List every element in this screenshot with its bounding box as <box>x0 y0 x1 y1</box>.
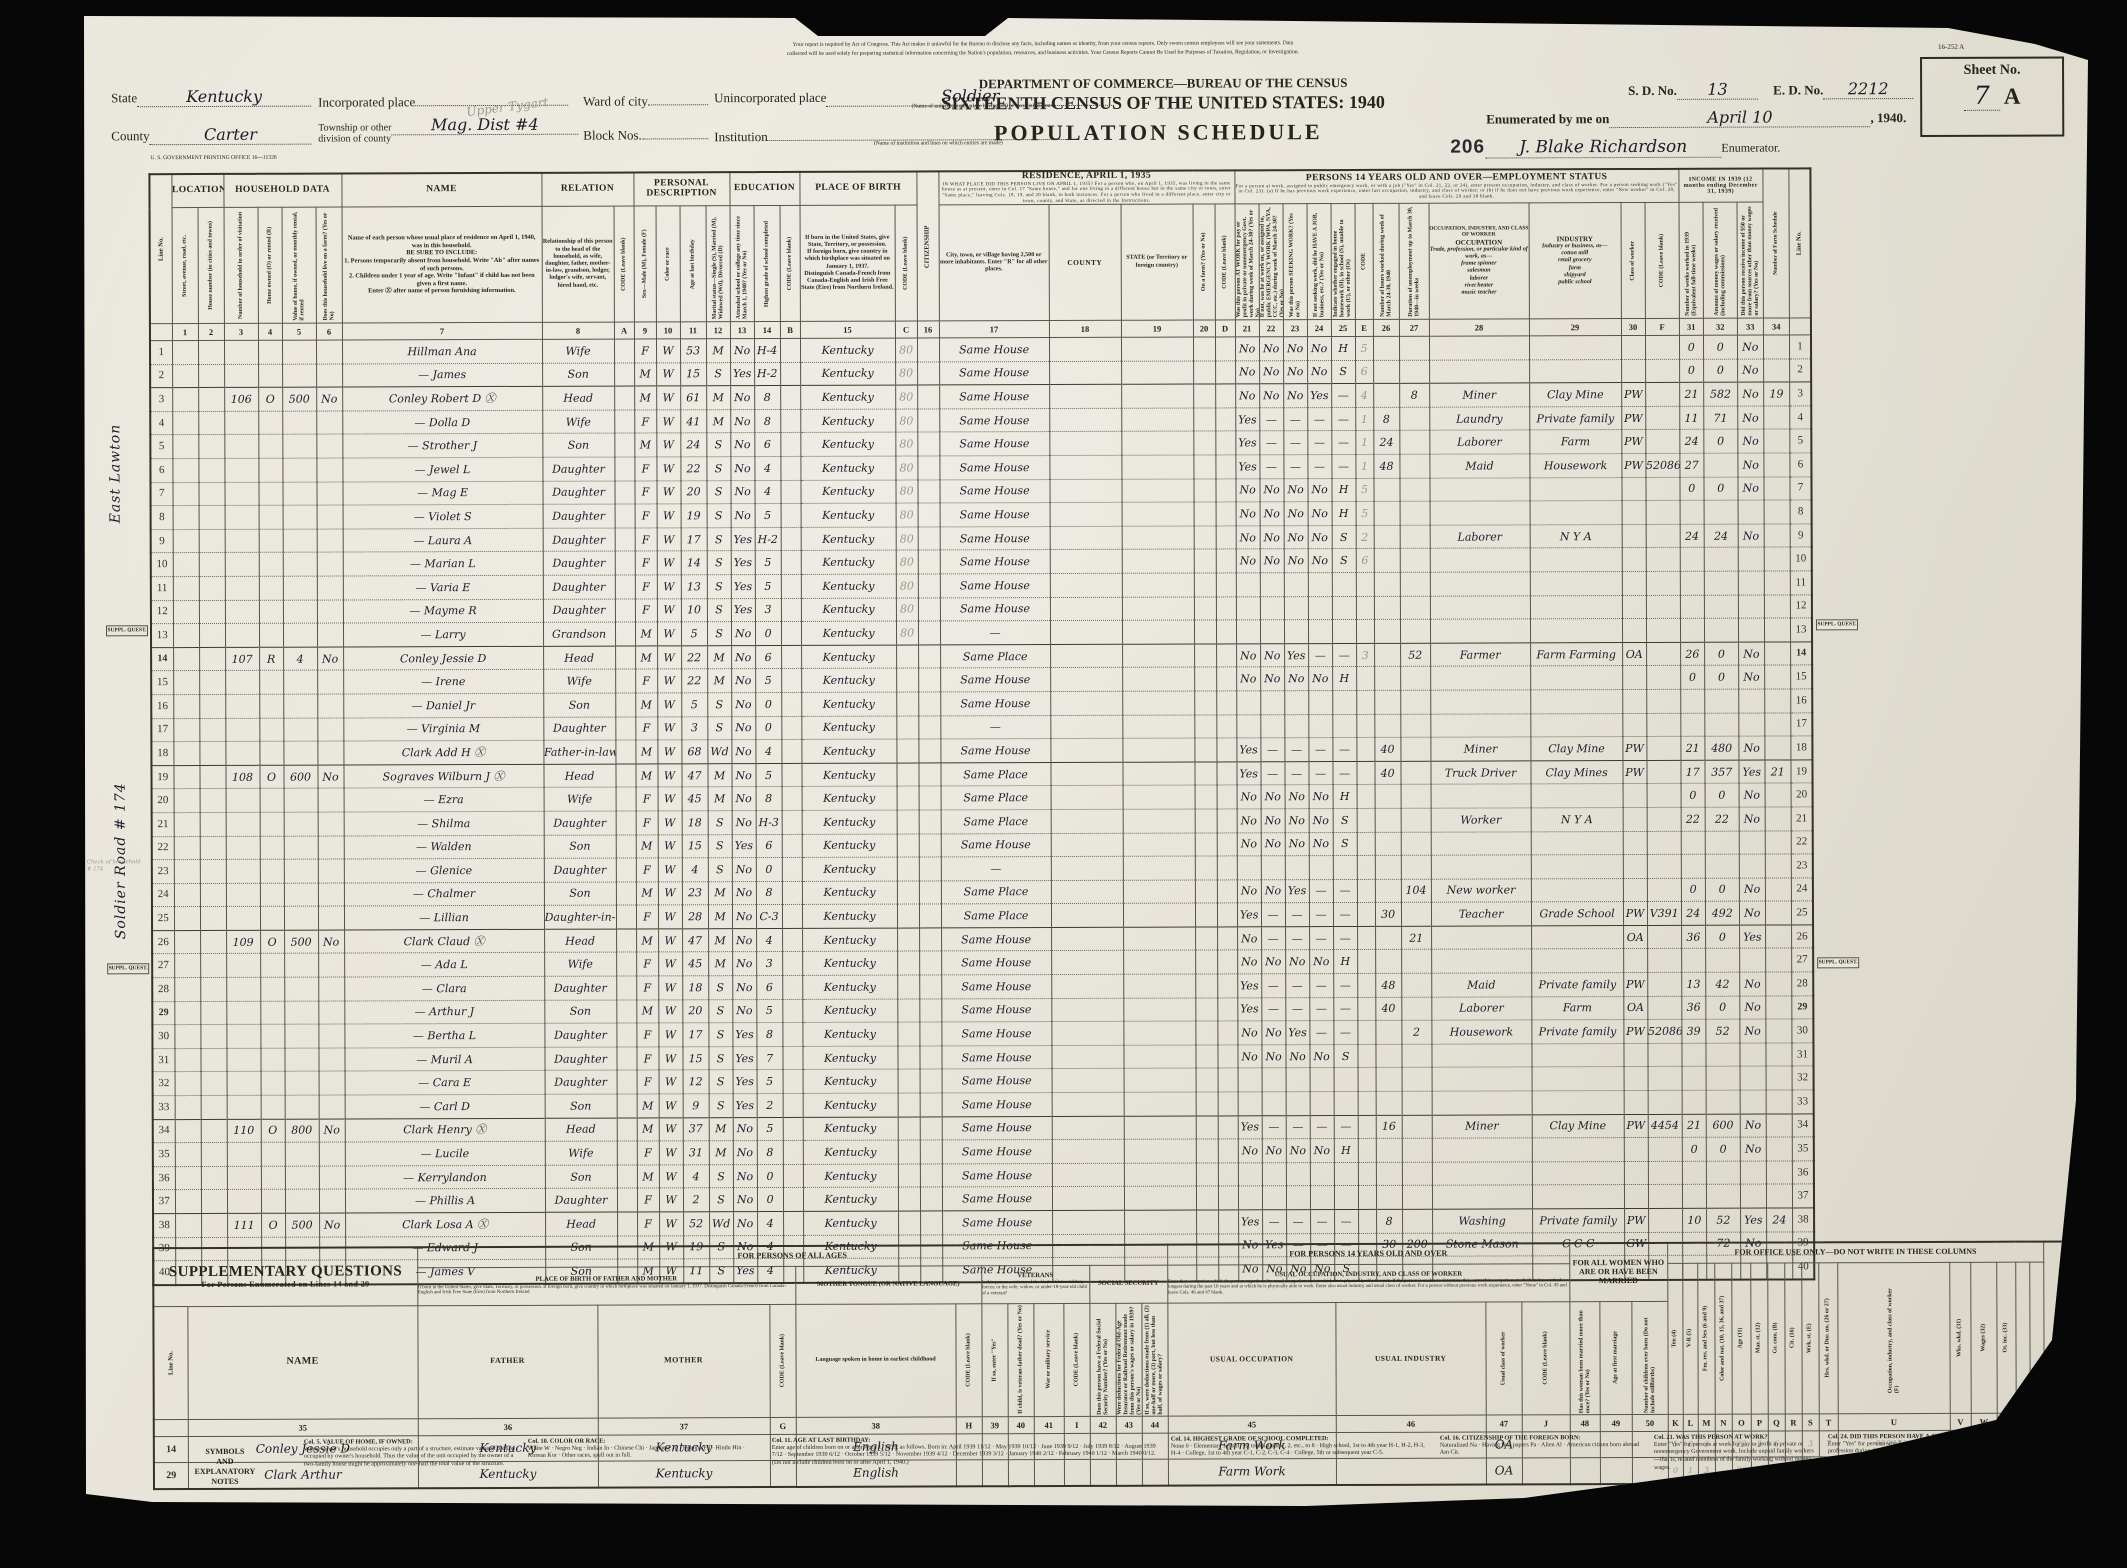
cell-cD <box>1217 998 1237 1022</box>
cell-cE <box>1357 785 1375 809</box>
cell-c1 <box>174 978 200 1002</box>
cell-c29: N Y A <box>1531 807 1623 831</box>
cell-c34 <box>1765 948 1791 972</box>
cell-c20 <box>1195 785 1217 809</box>
cell-c16 <box>919 857 941 881</box>
enumerated-label: Enumerated by me on <box>1486 111 1609 127</box>
ed-label: E. D. No. <box>1773 82 1823 98</box>
cell-c11: 31 <box>683 1141 709 1165</box>
cell-c14: 0 <box>756 858 782 882</box>
cell-c5 <box>283 694 317 718</box>
cell-cF <box>1648 1185 1682 1209</box>
cell-c12: M <box>707 669 731 693</box>
cell-cF <box>1645 359 1679 383</box>
cell-c10: W <box>657 480 681 504</box>
state-label: State <box>111 90 137 106</box>
cell-c30 <box>1623 855 1647 879</box>
cell-c24: — <box>1309 1021 1333 1045</box>
cell-cD <box>1216 620 1236 644</box>
cell-c33 <box>1738 547 1764 571</box>
cell-c6 <box>316 364 342 388</box>
col-c11: Age at last birthday <box>680 206 706 322</box>
cell-c33: No <box>1737 335 1763 359</box>
cell-cA <box>614 433 634 457</box>
cell-c28 <box>1432 1091 1532 1115</box>
cell-c34 <box>1765 925 1791 949</box>
cell-c23: Yes <box>1285 1021 1309 1045</box>
cell-c20 <box>1196 1139 1218 1163</box>
block-value <box>642 123 709 139</box>
cell-lnr: 30 <box>1792 1019 1814 1043</box>
cell-cF <box>1647 972 1681 996</box>
cell-c21: Yes <box>1235 455 1259 479</box>
cell-c6 <box>318 1024 344 1048</box>
cell-c21: No <box>1235 337 1259 361</box>
cell-c33: No <box>1740 1019 1766 1043</box>
cell-c14: 0 <box>755 622 781 646</box>
cell-c19 <box>1123 951 1195 975</box>
suppl-cell-line-right: 14 <box>2044 1429 2070 1455</box>
cell-c22: No <box>1260 478 1284 502</box>
cell-c15: Kentucky <box>802 834 897 858</box>
cell-cE <box>1358 1186 1376 1210</box>
cell-c9: F <box>636 858 658 882</box>
unincorporated-note: (Name of unincorporated place having 100… <box>848 103 1118 110</box>
cell-c7: — Marian L <box>343 552 543 576</box>
cell-c32 <box>1704 618 1738 642</box>
cell-cD <box>1216 596 1236 620</box>
cell-c5 <box>285 1142 319 1166</box>
cell-c29: Clay Mine <box>1532 1114 1624 1138</box>
cell-c30 <box>1624 1161 1648 1185</box>
cell-c11: 47 <box>682 763 708 787</box>
cell-c33 <box>1740 1090 1766 1114</box>
cell-c25: — <box>1333 974 1357 998</box>
cell-cC <box>896 668 918 692</box>
cell-c24: No <box>1309 832 1333 856</box>
cell-c31 <box>1682 1067 1706 1091</box>
cell-c27 <box>1400 737 1430 761</box>
cell-c8: Daughter <box>544 811 616 835</box>
cell-c18 <box>1050 738 1122 762</box>
cell-c27: 52 <box>1400 643 1430 667</box>
cell-c27 <box>1401 785 1431 809</box>
cell-c10: W <box>659 1165 683 1189</box>
cell-c30 <box>1624 1185 1648 1209</box>
cell-c12: M <box>706 339 730 363</box>
cell-c12: M <box>708 881 732 905</box>
cell-c34 <box>1764 547 1790 571</box>
cell-c11: 18 <box>682 811 708 835</box>
cell-c15: Kentucky <box>801 668 896 692</box>
cell-c23: — <box>1283 431 1307 455</box>
cell-c25: — <box>1333 761 1357 785</box>
cell-c14: 8 <box>756 1023 782 1047</box>
col-c21: Was this person AT WORK for pay or profi… <box>1235 204 1259 320</box>
cell-c3 <box>224 364 258 388</box>
cell-c12: M <box>709 1117 733 1141</box>
cell-c8: Daughter <box>545 1047 617 1071</box>
cell-c2 <box>200 907 226 931</box>
cell-c18 <box>1052 1210 1124 1234</box>
col-farm-schedule: Number of Farm Schedule <box>1763 168 1790 318</box>
cell-c11: 4 <box>683 1165 709 1189</box>
cell-c15: Kentucky <box>800 432 895 456</box>
cell-c19 <box>1123 927 1195 951</box>
cell-c6: No <box>319 1119 345 1143</box>
col-number-9: 9 <box>634 322 656 339</box>
cell-cF <box>1646 501 1680 525</box>
group-employment: PERSONS 14 YEARS OLD AND OVER—EMPLOYMENT… <box>1235 169 1679 204</box>
cell-cD <box>1217 974 1237 998</box>
cell-c1 <box>173 506 199 530</box>
cell-ln: 10 <box>151 553 173 577</box>
cell-c33: No <box>1739 736 1765 760</box>
cell-c5 <box>282 340 316 364</box>
cell-cB <box>783 1070 803 1094</box>
cell-cF <box>1647 878 1681 902</box>
cell-c34 <box>1763 406 1789 430</box>
cell-c13: Yes <box>732 834 756 858</box>
cell-c21: No <box>1238 1139 1262 1163</box>
cell-lnr: 37 <box>1792 1184 1814 1208</box>
col-number-21: 21 <box>1235 320 1259 337</box>
block-label: Block Nos. <box>583 127 642 143</box>
col-number-27: 27 <box>1399 319 1429 336</box>
cell-c32 <box>1704 571 1738 595</box>
cell-c6 <box>318 906 344 930</box>
cell-c15: Kentucky <box>802 999 897 1023</box>
cell-ln: 19 <box>151 765 173 789</box>
cell-c23: No <box>1284 549 1308 573</box>
col-number-23: 23 <box>1283 320 1307 337</box>
cell-c4 <box>261 1166 285 1190</box>
cell-c22 <box>1260 691 1284 715</box>
cell-c6 <box>318 859 344 883</box>
cell-cF <box>1648 1161 1682 1185</box>
cell-c15: Kentucky <box>803 1117 898 1141</box>
cell-c19 <box>1124 1045 1196 1069</box>
cell-cC <box>897 951 919 975</box>
cell-c20 <box>1194 620 1216 644</box>
cell-c23 <box>1286 1162 1310 1186</box>
cell-c8: Wife <box>544 953 616 977</box>
cell-c17: Same House <box>939 456 1049 480</box>
cell-c4: O <box>259 765 283 789</box>
cell-c14: 0 <box>755 692 781 716</box>
cell-c15: Kentucky <box>801 574 896 598</box>
cell-c28 <box>1430 477 1530 501</box>
cell-c17: Same House <box>940 550 1050 574</box>
cell-c11: 53 <box>680 339 706 363</box>
cell-c19 <box>1122 738 1194 762</box>
cell-c14: 4 <box>755 480 781 504</box>
cell-c3 <box>225 576 259 600</box>
cell-c8: Son <box>544 882 616 906</box>
col-c22: If not, was he at work on, or assigned t… <box>1259 204 1283 320</box>
cell-c7: — Bertha L <box>344 1024 544 1048</box>
suppl-number-Z: Z <box>2030 1413 2044 1430</box>
cell-c22: — <box>1261 761 1285 785</box>
cell-c27 <box>1399 360 1429 384</box>
cell-c27 <box>1399 431 1429 455</box>
cell-c34 <box>1764 453 1790 477</box>
col-number-32: 32 <box>1703 318 1737 335</box>
cell-c30 <box>1621 335 1645 359</box>
cell-c27 <box>1401 973 1431 997</box>
cell-c18 <box>1050 573 1122 597</box>
cell-c12: M <box>708 763 732 787</box>
cell-c9: M <box>634 433 656 457</box>
cell-cB <box>783 1164 803 1188</box>
cell-c9: F <box>635 551 657 575</box>
cell-c7: Clark Henry Ⓧ <box>345 1118 545 1142</box>
cell-c17: Same House <box>940 574 1050 598</box>
cell-c32 <box>1706 1067 1740 1091</box>
cell-cC <box>896 692 918 716</box>
cell-c4 <box>259 576 283 600</box>
cell-c14: 0 <box>757 1164 783 1188</box>
cell-ln: 15 <box>151 671 173 695</box>
cell-c21: No <box>1237 1021 1261 1045</box>
cell-c33 <box>1739 949 1765 973</box>
suppl-col-usual-class: Usual class of worker <box>1485 1301 1521 1414</box>
cell-cC <box>898 1046 920 1070</box>
cell-c20 <box>1195 950 1217 974</box>
cell-c7: — Cara E <box>345 1071 545 1095</box>
cell-c2 <box>198 364 224 388</box>
form-number: 16-252 A <box>1938 43 1964 51</box>
cell-c33: No <box>1740 1114 1766 1138</box>
cell-cF <box>1647 807 1681 831</box>
cell-c16 <box>917 409 939 433</box>
cell-cA <box>616 952 636 976</box>
cell-c15: Kentucky <box>802 975 897 999</box>
cell-cE <box>1356 620 1374 644</box>
cell-cD <box>1218 1210 1238 1234</box>
cell-c24 <box>1310 1068 1334 1092</box>
cell-c10: W <box>657 622 681 646</box>
cell-c6 <box>316 434 342 458</box>
cell-c23 <box>1284 691 1308 715</box>
cell-c17: Same House <box>942 1163 1052 1187</box>
cell-c10: W <box>659 1117 683 1141</box>
cell-c17: Same House <box>942 1187 1052 1211</box>
cell-c27 <box>1402 1162 1432 1186</box>
cell-c34: 19 <box>1763 382 1789 406</box>
cell-c31: 0 <box>1681 878 1705 902</box>
cell-c3 <box>225 694 259 718</box>
cell-c6: No <box>319 1213 345 1237</box>
cell-c25 <box>1334 1068 1358 1092</box>
cell-c33 <box>1738 595 1764 619</box>
cell-c28: Washing <box>1432 1209 1532 1233</box>
cell-c6 <box>317 552 343 576</box>
cell-c14: 8 <box>756 787 782 811</box>
col-c9: Sex—Male (M), Female (F) <box>634 206 656 322</box>
cell-c29: Private family <box>1531 973 1623 997</box>
cell-cC <box>896 739 918 763</box>
cell-c8: Wife <box>542 339 614 363</box>
cell-c33: No <box>1739 783 1765 807</box>
cell-c19 <box>1122 597 1194 621</box>
cell-c17: Same House <box>940 503 1050 527</box>
cell-c33: No <box>1739 807 1765 831</box>
cell-c25: — <box>1331 384 1355 408</box>
cell-c33 <box>1740 1161 1766 1185</box>
cell-c2 <box>199 647 225 671</box>
cell-c8: Son <box>543 693 615 717</box>
cell-cE <box>1357 1021 1375 1045</box>
cell-c16 <box>918 692 940 716</box>
cell-cB <box>781 598 801 622</box>
cell-c18 <box>1052 1069 1124 1093</box>
cell-c14: 3 <box>755 598 781 622</box>
suppl-col-s42: Does this person have a Federal Social S… <box>1089 1303 1115 1416</box>
cell-c31 <box>1680 500 1704 524</box>
cell-cE: 1 <box>1355 454 1373 478</box>
cell-c9: F <box>635 481 657 505</box>
cell-c15: Kentucky <box>801 716 896 740</box>
cell-c26 <box>1375 926 1401 950</box>
cell-c10: W <box>659 1141 683 1165</box>
cell-lnr: 21 <box>1791 807 1813 831</box>
cell-c11: 17 <box>681 528 707 552</box>
cell-c24 <box>1308 714 1332 738</box>
cell-c6: No <box>317 647 343 671</box>
cell-c25 <box>1334 1092 1358 1116</box>
cell-c26: 24 <box>1373 431 1399 455</box>
cell-c12: S <box>708 834 732 858</box>
explanatory-note-5: Col. 16. CITIZENSHIP OF THE FOREIGN BORN… <box>1440 1434 1645 1483</box>
cell-c30 <box>1622 477 1646 501</box>
cell-c1 <box>175 1072 201 1096</box>
suppl-cell-line-right: 29 <box>2044 1455 2070 1482</box>
cell-c30: PW <box>1622 737 1646 761</box>
cell-c14: 5 <box>756 763 782 787</box>
cell-c33 <box>1738 500 1764 524</box>
cell-c7: — Ada L <box>344 953 544 977</box>
cell-c24: No <box>1308 502 1332 526</box>
col-number-1: 1 <box>172 324 198 341</box>
cell-c14: 6 <box>755 645 781 669</box>
cell-c33: No <box>1737 382 1763 406</box>
cell-lnr: 2 <box>1789 359 1811 383</box>
group-personal-description: PERSONAL DESCRIPTION <box>633 172 729 206</box>
ward-label: Ward of city <box>583 93 648 109</box>
cell-cB <box>781 480 801 504</box>
cell-cE: 3 <box>1356 643 1374 667</box>
cell-c32: 0 <box>1706 1137 1740 1161</box>
cell-c8: Daughter <box>545 1071 617 1095</box>
cell-c34 <box>1766 1184 1792 1208</box>
cell-c30 <box>1623 878 1647 902</box>
cell-c26 <box>1375 808 1401 832</box>
cell-cC <box>897 857 919 881</box>
cell-c27 <box>1401 761 1431 785</box>
cell-c1 <box>173 742 199 766</box>
cell-c24: — <box>1309 903 1333 927</box>
cell-c23 <box>1284 573 1308 597</box>
cell-lnr: 7 <box>1790 476 1812 500</box>
cell-c2 <box>201 1119 227 1143</box>
cell-c2 <box>198 340 224 364</box>
cell-c2 <box>201 1095 227 1119</box>
township-value: Mag. Dist #4 <box>391 115 578 136</box>
col-number-x0 <box>150 324 172 341</box>
cell-c8: Wife <box>545 1141 617 1165</box>
col-number-34: 34 <box>1763 318 1789 335</box>
cell-cA <box>617 1047 637 1071</box>
cell-c7: — Daniel Jr <box>343 693 543 717</box>
cell-c6 <box>316 340 342 364</box>
sheet-label: Sheet No. <box>1922 63 2062 79</box>
cell-c20 <box>1196 1116 1218 1140</box>
explanatory-note-6: Col. 21. WAS THIS PERSON AT WORK?Enter "… <box>1654 1433 1819 1482</box>
cell-c31 <box>1682 1161 1706 1185</box>
cell-c2 <box>199 671 225 695</box>
cell-c31: 22 <box>1681 807 1705 831</box>
cell-c27 <box>1400 478 1430 502</box>
cell-c34 <box>1766 1066 1792 1090</box>
col-number-4: 4 <box>258 323 282 340</box>
cell-c14: H-2 <box>755 527 781 551</box>
cell-c15: Kentucky <box>801 527 896 551</box>
cell-cD <box>1215 337 1235 361</box>
cell-c4 <box>259 482 283 506</box>
cell-c13: Yes <box>731 527 755 551</box>
note-body: Enter "Yes" for persons at work for pay … <box>1654 1441 1819 1472</box>
cell-cE <box>1357 997 1375 1021</box>
ed-value: 2212 <box>1823 79 1913 99</box>
cell-c22 <box>1262 1068 1286 1092</box>
cell-c1 <box>175 1190 201 1214</box>
cell-c26: 48 <box>1373 454 1399 478</box>
cell-c8: Head <box>545 1212 617 1236</box>
suppl-office-col-11: Wks. wkd. (31) <box>1949 1262 1971 1413</box>
cell-c33: No <box>1739 878 1765 902</box>
suppl-number-U: U <box>1838 1413 1950 1430</box>
cell-cB <box>782 810 802 834</box>
suppl-office-col-6: Gr. com. (B) <box>1767 1262 1785 1413</box>
cell-c8: Daughter <box>543 599 615 623</box>
cell-c23 <box>1284 596 1308 620</box>
cell-c12: S <box>707 575 731 599</box>
col-name: Name of each person whose usual place of… <box>342 206 542 323</box>
cell-c10: W <box>658 929 682 953</box>
cell-c11: 9 <box>683 1094 709 1118</box>
col-number-25: 25 <box>1331 320 1355 337</box>
cell-c29 <box>1529 359 1621 383</box>
cell-c7: Clark Claud Ⓧ <box>344 929 544 953</box>
cell-lnr: 32 <box>1792 1066 1814 1090</box>
cell-c18 <box>1051 904 1123 928</box>
cell-ln: 5 <box>150 435 172 459</box>
cell-c27 <box>1400 549 1430 573</box>
cell-c27 <box>1402 1138 1432 1162</box>
cell-c3 <box>227 1072 261 1096</box>
cell-c32: 0 <box>1706 996 1740 1020</box>
cell-c19 <box>1121 361 1193 385</box>
cell-cC <box>898 1117 920 1141</box>
cell-c14: 5 <box>755 669 781 693</box>
explanatory-note-7: Col. 24. DID THIS PERSON HAVE A JOB?Ente… <box>1828 1433 1973 1482</box>
cell-c7: Conley Robert D Ⓧ <box>342 387 542 411</box>
cell-c10: W <box>659 1047 683 1071</box>
cell-cD <box>1218 1186 1238 1210</box>
cell-lnr: 8 <box>1790 500 1812 524</box>
cell-c10: W <box>656 433 680 457</box>
